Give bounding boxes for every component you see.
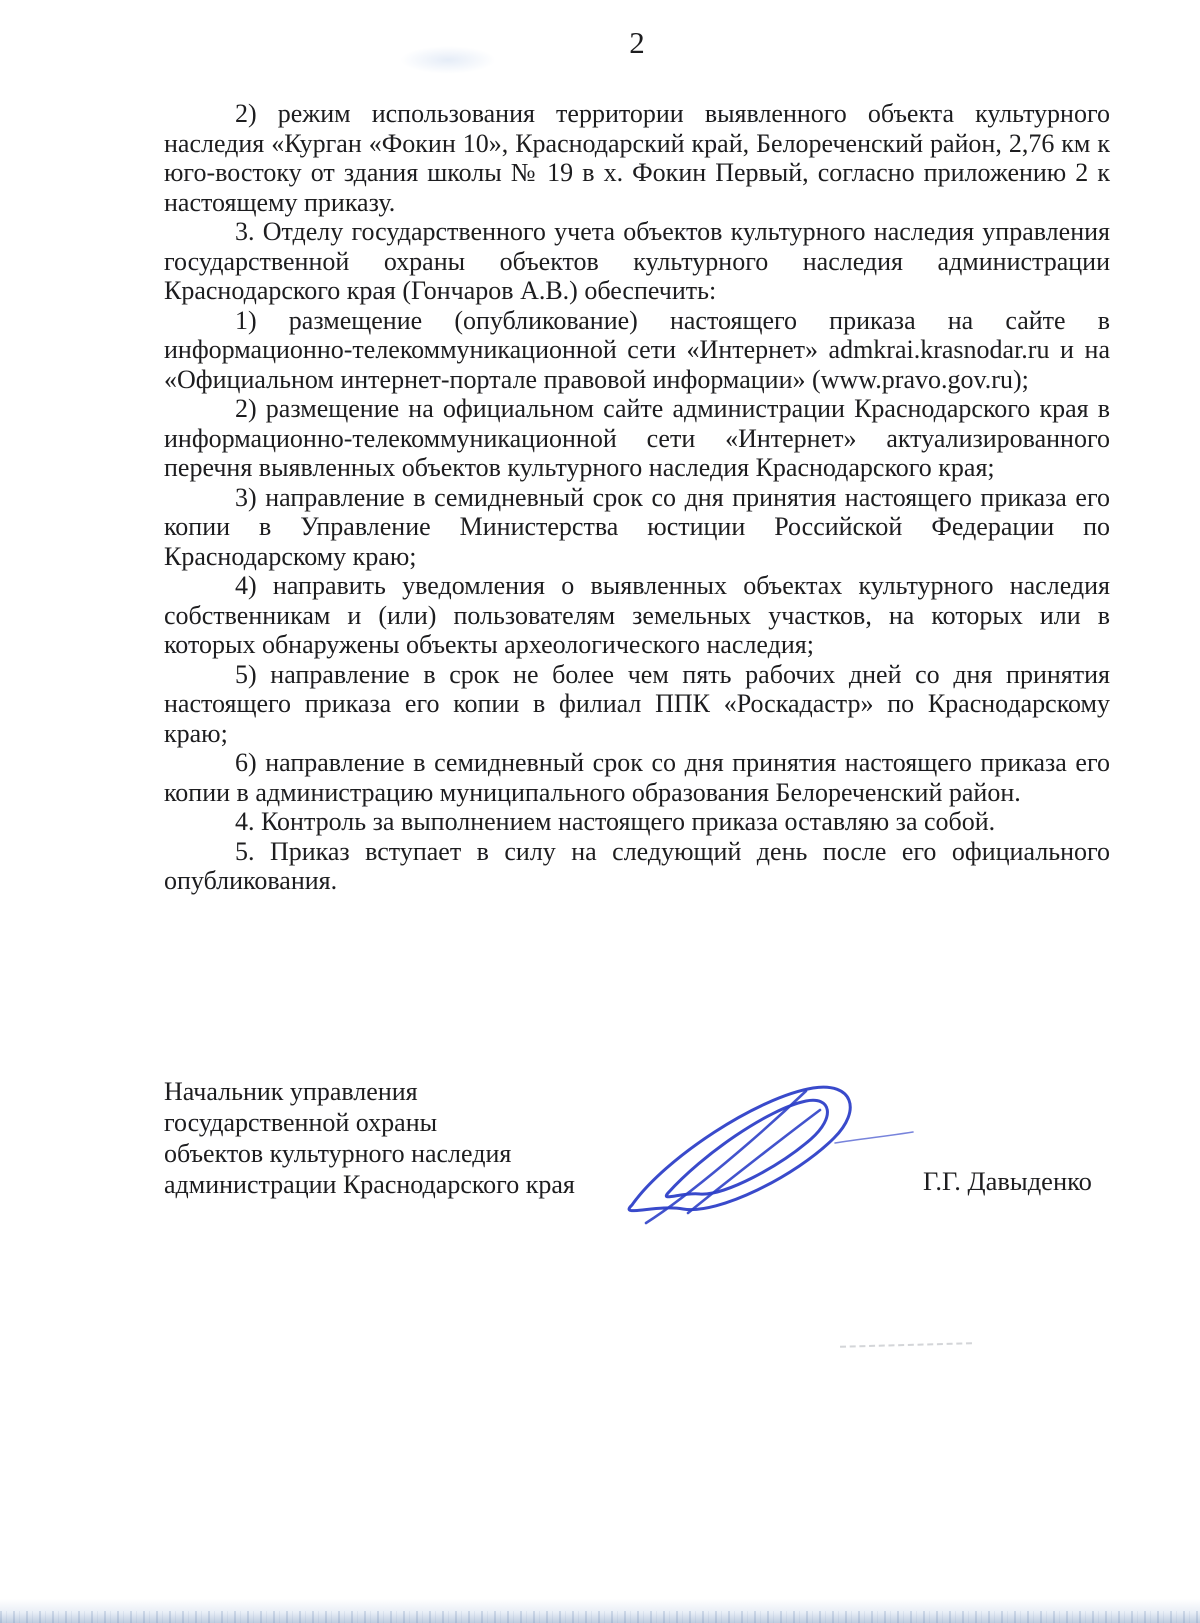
scan-edge-band: [0, 1599, 1200, 1623]
scanned-document-page: 2 2) режим использования территории выяв…: [0, 0, 1200, 1623]
body-paragraph: 3) направление в семидневный срок со дня…: [164, 483, 1110, 572]
body-paragraph: 4) направить уведомления о выявленных об…: [164, 571, 1110, 660]
body-paragraph: 3. Отделу государственного учета объекто…: [164, 217, 1110, 306]
body-paragraph: 1) размещение (опубликование) настоящего…: [164, 306, 1110, 395]
scan-edge-streaks: [0, 1611, 1200, 1623]
body-paragraph: 2) размещение на официальном сайте админ…: [164, 394, 1110, 483]
body-paragraph: 4. Контроль за выполнением настоящего пр…: [164, 807, 1110, 837]
scan-artifact-line: [840, 1342, 972, 1347]
body-paragraph: 2) режим использования территории выявле…: [164, 99, 1110, 217]
page-number: 2: [164, 26, 1110, 60]
body-paragraph: 6) направление в семидневный срок со дня…: [164, 748, 1110, 807]
signature-outer-loop: [629, 1087, 850, 1211]
body-paragraph: 5. Приказ вступает в силу на следующий д…: [164, 837, 1110, 896]
handwritten-signature-icon: [610, 1055, 920, 1240]
signature-tail-stroke: [835, 1132, 913, 1143]
signer-name: Г.Г. Давыденко: [923, 1166, 1092, 1197]
document-body: 2) режим использования территории выявле…: [164, 99, 1110, 896]
body-paragraph: 5) направление в срок не более чем пять …: [164, 660, 1110, 749]
scan-smudge: [400, 46, 496, 74]
